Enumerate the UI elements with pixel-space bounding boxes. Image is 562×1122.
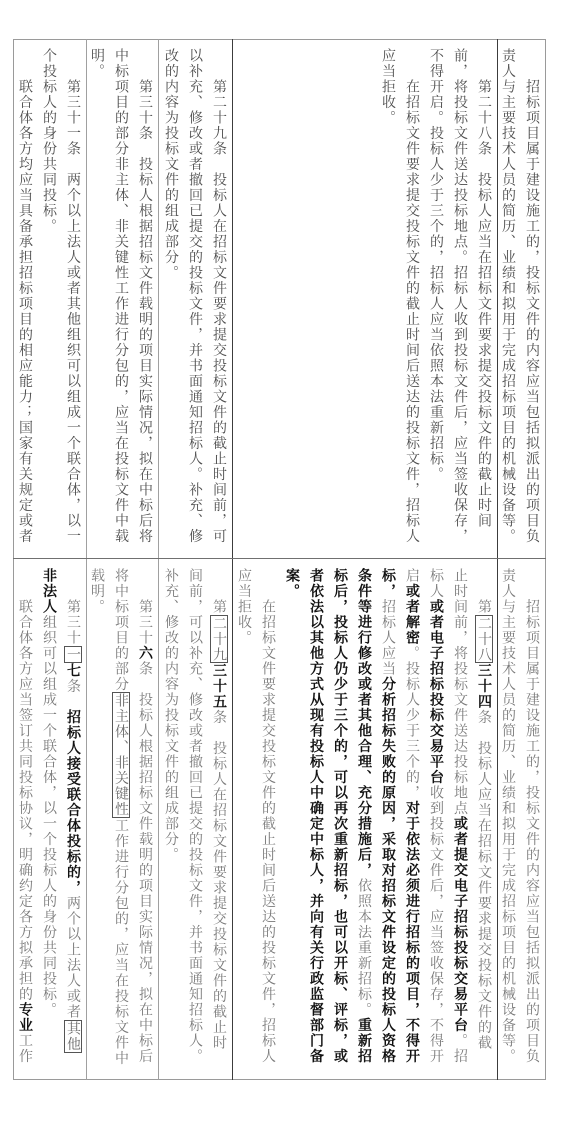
old-article-cell: 第三十一条 两个以上法人或者其他组织可以组成一个联合体，以一 个投标人的身份共同… <box>14 40 86 558</box>
text-segment: 将中标项目的部分 <box>113 568 129 692</box>
old-article-cell: 第二十九条 投标人在招标文件要求提交投标文件的截止时间前，可 以补充、修改或者撤… <box>159 40 232 558</box>
deleted-text: 二十九 <box>210 615 228 664</box>
text-segment: 招标项目属于建设施工的，投标文件的内容应当包括拟派出的项目负 <box>524 79 540 544</box>
added-text: 三十五 <box>211 663 227 710</box>
text-segment: 前，将投标文件送达投标地点。招标人收到投标文件后，应当签收保存， <box>452 48 468 544</box>
new-article-cell: 第二十九三十五条 投标人在招标文件要求提交投标文件的截止时 间前，可以补充、修改… <box>159 559 232 1079</box>
new-article-cell: 招标项目属于建设施工的，投标文件的内容应当包括拟派出的项目负 责人与主要技术人员… <box>498 559 545 1079</box>
text-segment: 。招 <box>452 1033 468 1064</box>
text-segment: 两个以上法人或者 <box>65 896 81 1020</box>
text-segment: 工作进行分包的，应当在投标文件中 <box>113 818 129 1066</box>
text-line: 第二十八三十四条 投标人应当在招标文件要求提交投标文件的截 <box>472 568 496 1079</box>
deleted-text: 一 <box>64 646 82 664</box>
added-text: 条件等进行修改或者其他合理、充分措施后， <box>356 568 372 878</box>
added-text: 招标人接受联合体投标的， <box>65 710 81 896</box>
text-line: 案。 <box>280 568 304 1079</box>
text-line: 应当拒收。 <box>376 48 400 558</box>
text-segment: 第二十九条 投标人在招标文件要求提交投标文件的截止时间前，可 <box>211 79 227 544</box>
text-line: 第三十六条 投标人根据招标文件载明的项目实际情况，拟在中标后 <box>133 568 157 1079</box>
new-article-cell: 第三十六条 投标人根据招标文件载明的项目实际情况，拟在中标后 将中标项目的部分非… <box>87 559 158 1079</box>
text-segment: 个投标人的身份共同投标。 <box>41 48 57 234</box>
text-segment: 工作 <box>17 1033 33 1064</box>
text-line: 将中标项目的部分非主体、非关键性工作进行分包的，应当在投标文件中 <box>109 568 133 1079</box>
text-line: 第三十一七条 招标人接受联合体投标的，两个以上法人或者其他 <box>61 568 85 1079</box>
text-segment: 第三十 <box>137 599 153 646</box>
text-line: 个投标人的身份共同投标。 <box>37 48 61 558</box>
text-line: 改的内容为投标文件的组成部分。 <box>159 48 183 558</box>
text-segment: 条 <box>65 679 81 710</box>
text-segment: 载明。 <box>89 568 105 615</box>
text-segment: 条 投标人在招标文件要求提交投标文件的截止时 <box>211 710 227 1051</box>
text-segment: 标人 <box>428 568 444 599</box>
old-article-cell: 第二十八条 投标人应当在招标文件要求提交投标文件的截止时间 前，将投标文件送达投… <box>233 40 497 558</box>
new-article-cell: 第二十八三十四条 投标人应当在招标文件要求提交投标文件的截 止时间前，将投标文件… <box>233 559 497 1079</box>
text-segment: 依照本法重新招标。 <box>356 878 372 1018</box>
added-text: 或者解密 <box>404 584 420 646</box>
text-line: 中标项目的部分非主体、非关键性工作进行分包的，应当在投标文件中载 <box>109 48 133 558</box>
text-line: 不得开启。投标人少于三个的，招标人应当依照本法重新招标。 <box>424 48 448 558</box>
text-line: 招标项目属于建设施工的，投标文件的内容应当包括拟派出的项目负 <box>520 568 544 1079</box>
added-text: 七 <box>65 663 81 679</box>
text-segment: 第 <box>476 599 492 615</box>
added-text: 标后，投标人仍少于三个的，可以再次重新招标，也可以开标、评标，或 <box>332 568 348 1064</box>
text-line: 明。 <box>87 48 109 558</box>
text-line: 标人或者电子招标投标交易平台收到投标文件后，应当签收保存，不得开 <box>424 568 448 1079</box>
text-segment: 应当拒收。 <box>236 568 252 646</box>
text-line: 第二十九三十五条 投标人在招标文件要求提交投标文件的截止时 <box>207 568 231 1079</box>
document-page: 招标项目属于建设施工的，投标文件的内容应当包括拟派出的项目负 责人与主要技术人员… <box>0 0 562 1122</box>
text-segment: 招标人应当 <box>380 599 396 677</box>
old-article-cell: 招标项目属于建设施工的，投标文件的内容应当包括拟派出的项目负 责人与主要技术人员… <box>498 40 545 558</box>
text-line: 第二十八条 投标人应当在招标文件要求提交投标文件的截止时间 <box>472 48 496 558</box>
added-text: 标， <box>380 568 396 599</box>
text-segment: 以补充、修改或者撤回已提交的投标文件，并书面通知招标人。补充、修 <box>187 48 203 544</box>
text-segment: 联合体各方应当签订共同投标协议，明确约定各方拟承担的 <box>17 599 33 1002</box>
text-segment: 启 <box>404 568 420 584</box>
text-line: 在招标文件要求提交投标文件的截止时间后送达的投标文件，招标人 <box>400 48 424 558</box>
text-line: 载明。 <box>87 568 109 1079</box>
text-line: 止时间前，将投标文件送达投标地点或者提交电子招标投标交易平台。招 <box>448 568 472 1079</box>
text-line: 条件等进行修改或者其他合理、充分措施后，依照本法重新招标。重新招 <box>352 568 376 1079</box>
added-text: 六 <box>137 646 153 662</box>
text-segment: 应当拒收。 <box>380 48 396 126</box>
text-line: 非法人组织可以组成一个联合体，以一个投标人的身份共同投标。 <box>37 568 61 1079</box>
text-line: 招标项目属于建设施工的，投标文件的内容应当包括拟派出的项目负 <box>520 48 544 558</box>
added-text: 对于依法必须进行招标的项目，不得开 <box>404 801 420 1065</box>
added-text: 专业 <box>17 1002 33 1033</box>
text-line: 以补充、修改或者撤回已提交的投标文件，并书面通知招标人。补充、修 <box>183 48 207 558</box>
text-segment: 第三十条 投标人根据招标文件载明的项目实际情况，拟在中标后将 <box>137 79 153 544</box>
added-text: 案。 <box>284 568 300 599</box>
text-line: 补充、修改的内容为投标文件的组成部分。 <box>159 568 183 1079</box>
text-line: 间前，可以补充、修改或者撤回已提交的投标文件，并书面通知招标人。 <box>183 568 207 1079</box>
text-segment: 招标项目属于建设施工的，投标文件的内容应当包括拟派出的项目负 <box>524 599 540 1064</box>
text-line: 标后，投标人仍少于三个的，可以再次重新招标，也可以开标、评标，或 <box>328 568 352 1079</box>
added-text: 者依法以其他方式从现有投标人中确定中标人，并向有关行政监督部门备 <box>308 568 324 1064</box>
deleted-text: 其他 <box>64 1020 82 1053</box>
text-segment: 第二十八条 投标人应当在招标文件要求提交投标文件的截止时间 <box>476 79 492 529</box>
text-segment: 不得开启。投标人少于三个的，招标人应当依照本法重新招标。 <box>428 48 444 482</box>
text-segment: 责人与主要技术人员的简历、业绩和拟用于完成招标项目的机械设备等。 <box>500 568 516 1064</box>
text-line: 者依法以其他方式从现有投标人中确定中标人，并向有关行政监督部门备 <box>304 568 328 1079</box>
added-text: 或者电子招标投标交易平台 <box>428 599 444 785</box>
deleted-text: 非主体、非关键性 <box>112 692 130 818</box>
text-segment: 联合体各方均应当具备承担招标项目的相应能力；国家有关规定或者 <box>17 79 33 544</box>
text-line: 第三十条 投标人根据招标文件载明的项目实际情况，拟在中标后将 <box>133 48 157 558</box>
text-line: 联合体各方均应当具备承担招标项目的相应能力；国家有关规定或者 <box>14 48 37 558</box>
text-segment: 中标项目的部分非主体、非关键性工作进行分包的，应当在投标文件中载 <box>113 48 129 544</box>
text-line: 启或者解密。投标人少于三个的，对于依法必须进行招标的项目，不得开 <box>400 568 424 1079</box>
text-segment: 第 <box>211 599 227 615</box>
text-segment: 间前，可以补充、修改或者撤回已提交的投标文件，并书面通知招标人。 <box>187 568 203 1064</box>
text-segment: 条 投标人应当在招标文件要求提交投标文件的截 <box>476 710 492 1051</box>
text-segment: 明。 <box>89 48 105 79</box>
text-segment: 组织可以组成一个联合体，以一个投标人的身份共同投标。 <box>41 615 57 1018</box>
text-line: 责人与主要技术人员的简历、业绩和拟用于完成招标项目的机械设备等。 <box>498 568 520 1079</box>
text-segment: 在招标文件要求提交投标文件的截止时间后送达的投标文件，招标人 <box>260 599 276 1064</box>
text-line: 第三十一条 两个以上法人或者其他组织可以组成一个联合体，以一 <box>61 48 85 558</box>
deleted-text: 二十八 <box>475 615 493 664</box>
text-line: 应当拒收。 <box>233 568 256 1079</box>
old-article-cell: 第三十条 投标人根据招标文件载明的项目实际情况，拟在中标后将 中标项目的部分非主… <box>87 40 158 558</box>
added-text: 分析招标失败的原因，采取对招标文件设定的投标人资格 <box>380 677 396 1065</box>
text-segment: 止时间前，将投标文件送达投标地点 <box>452 568 468 816</box>
text-segment: 补充、修改的内容为投标文件的组成部分。 <box>163 568 179 863</box>
text-segment: 收到投标文件后，应当签收保存，不得开 <box>428 785 444 1064</box>
text-segment: 。投标人少于三个的， <box>404 646 420 801</box>
text-segment: 第三十一条 两个以上法人或者其他组织可以组成一个联合体，以一 <box>65 79 81 544</box>
text-line: 责人与主要技术人员的简历、业绩和拟用于完成招标项目的机械设备等。 <box>498 48 520 558</box>
text-segment: 改的内容为投标文件的组成部分。 <box>163 48 179 281</box>
added-text: 或者提交电子招标投标交易平台 <box>452 816 468 1033</box>
text-line: 标，招标人应当分析招标失败的原因，采取对招标文件设定的投标人资格 <box>376 568 400 1079</box>
text-segment: 条 投标人根据招标文件载明的项目实际情况，拟在中标后 <box>137 661 153 1064</box>
text-line: 联合体各方应当签订共同投标协议，明确约定各方拟承担的专业工作 <box>14 568 37 1079</box>
text-segment: 责人与主要技术人员的简历、业绩和拟用于完成招标项目的机械设备等。 <box>500 48 516 544</box>
added-text: 非法人 <box>41 568 57 615</box>
added-text: 三十四 <box>476 663 492 710</box>
new-article-cell: 第三十一七条 招标人接受联合体投标的，两个以上法人或者其他 非法人组织可以组成一… <box>14 559 86 1079</box>
text-line: 前，将投标文件送达投标地点。招标人收到投标文件后，应当签收保存， <box>448 48 472 558</box>
text-segment: 在招标文件要求提交投标文件的截止时间后送达的投标文件，招标人 <box>404 79 420 544</box>
text-line: 在招标文件要求提交投标文件的截止时间后送达的投标文件，招标人 <box>256 568 280 1079</box>
added-text: 重新招 <box>356 1018 372 1065</box>
text-segment: 第三十 <box>65 599 81 646</box>
text-line: 第二十九条 投标人在招标文件要求提交投标文件的截止时间前，可 <box>207 48 231 558</box>
